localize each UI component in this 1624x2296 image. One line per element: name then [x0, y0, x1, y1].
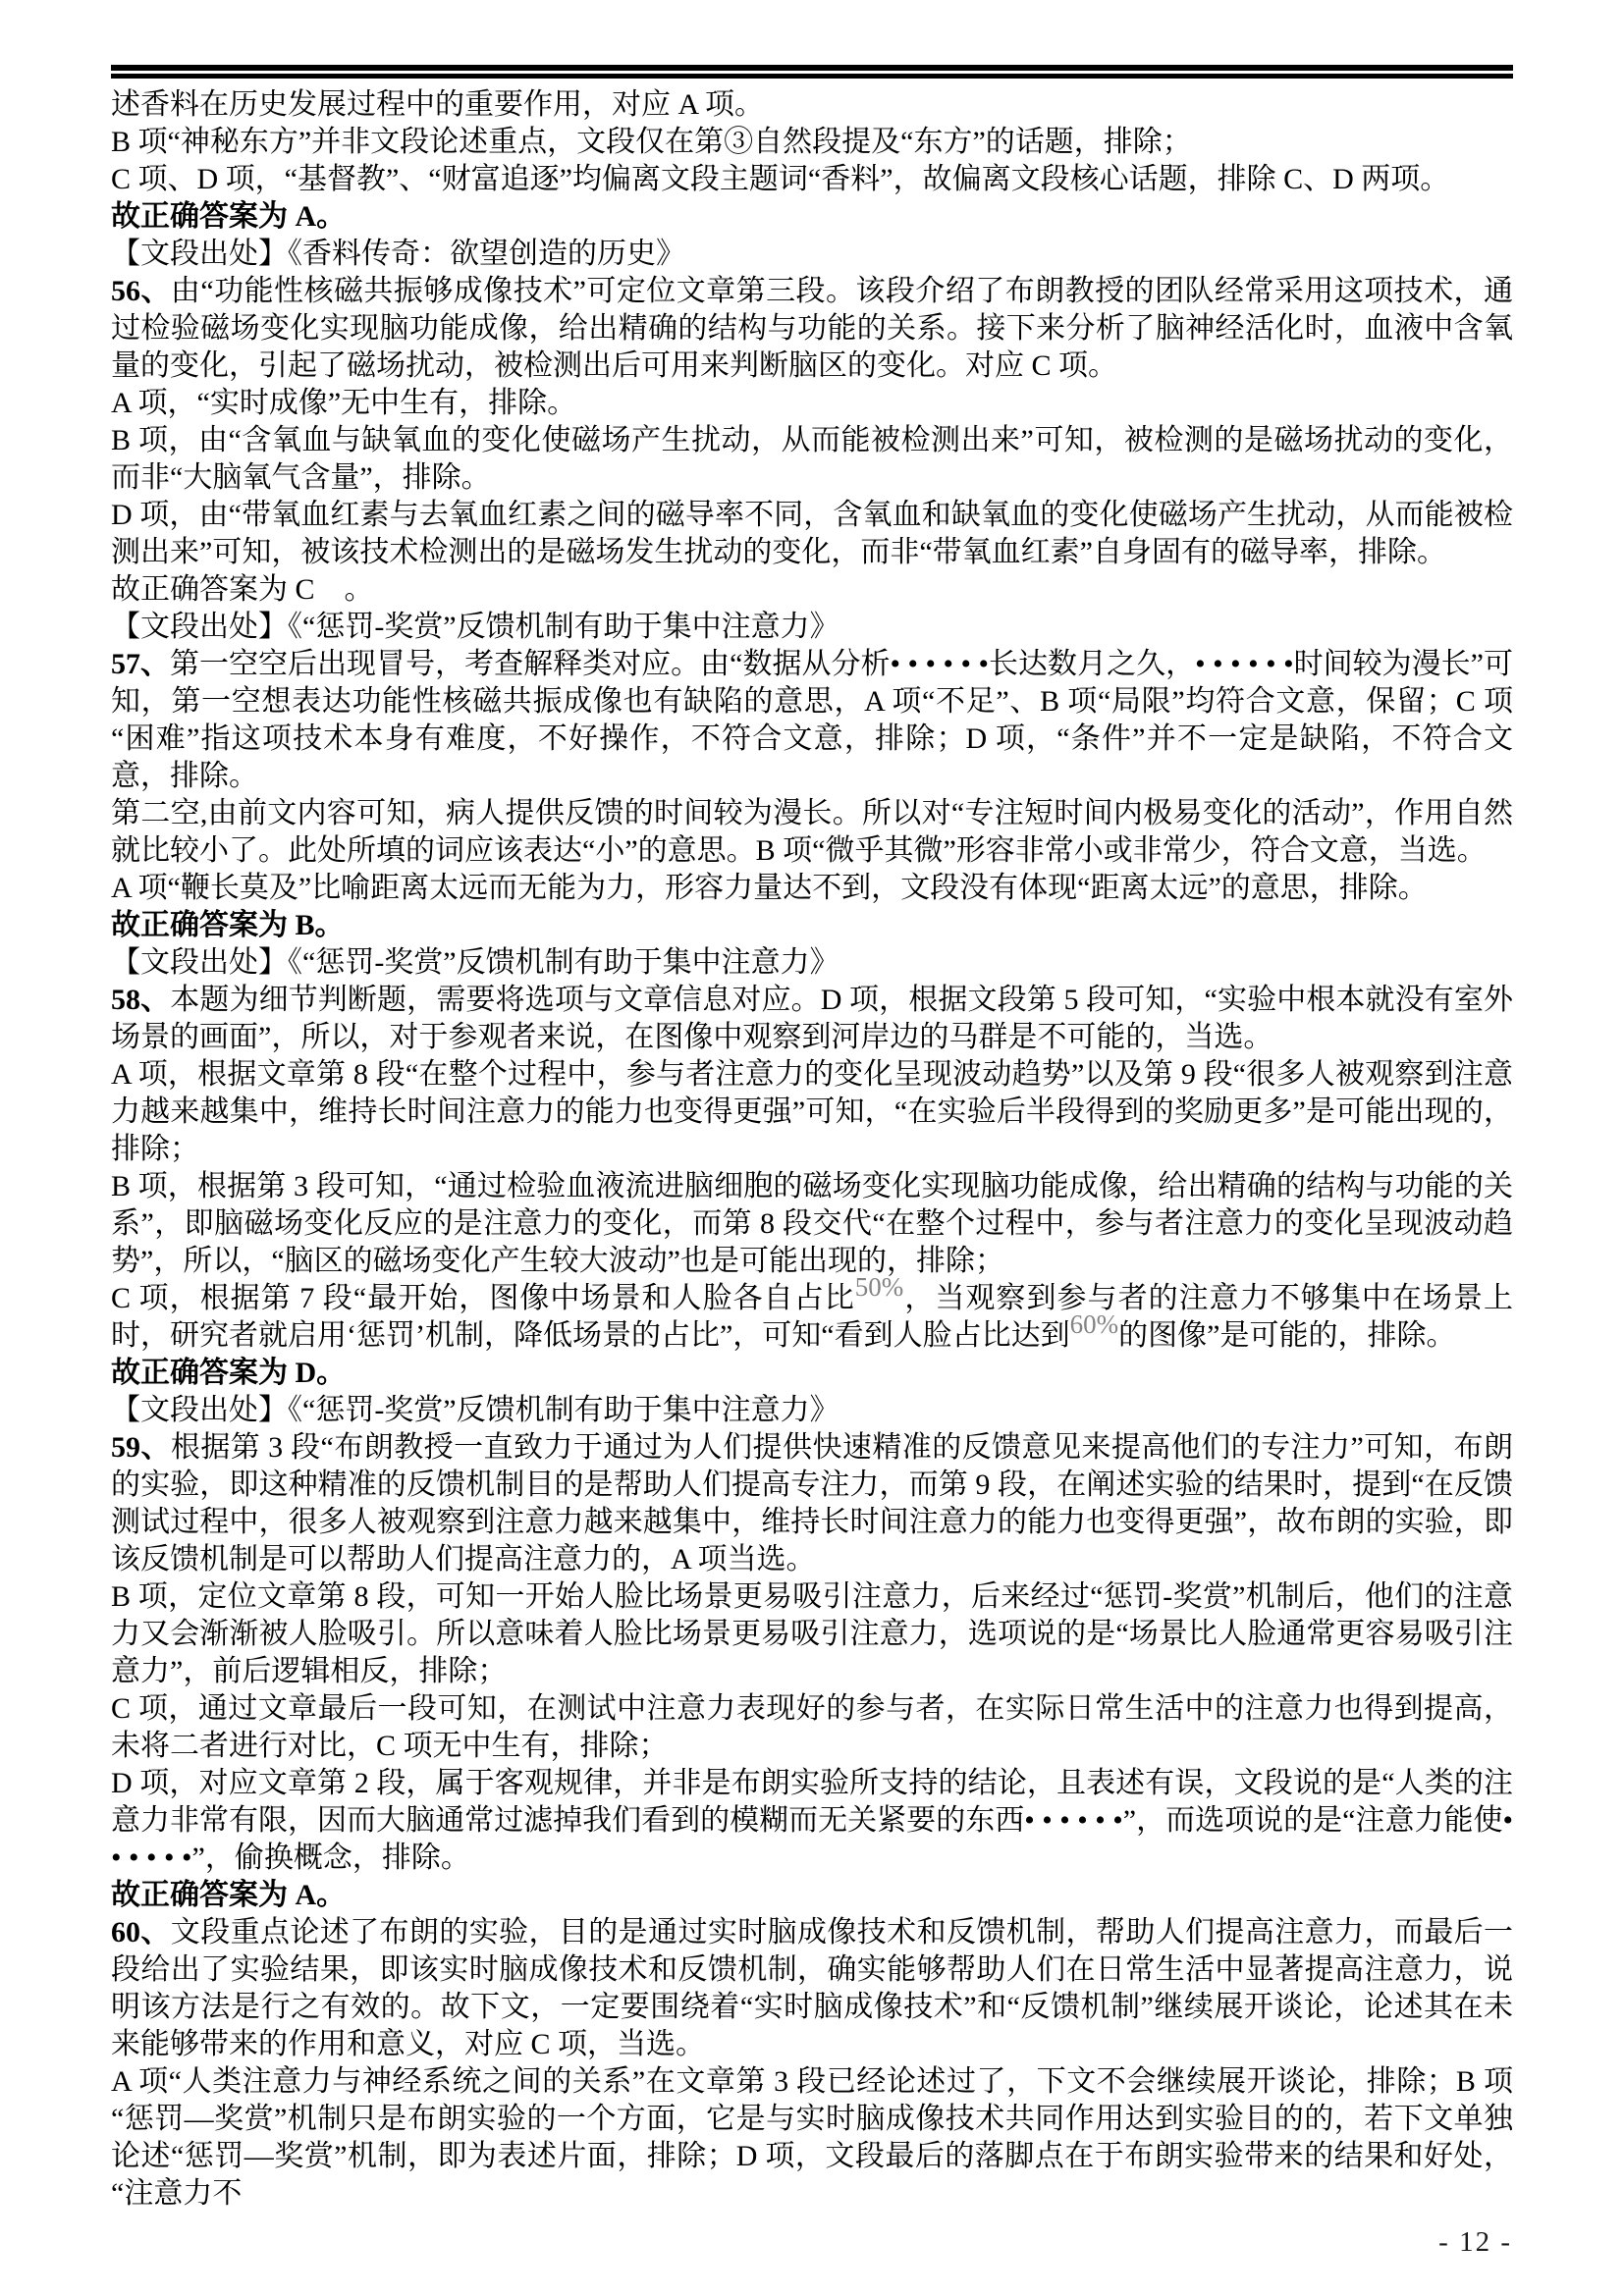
text-run: A 项“人类注意力与神经系统之间的关系”在文章第 3 段已经论述过了，下文不会继…: [111, 2065, 1513, 2210]
q57-first-blank-analysis: 57、第一空空后出现冒号，考查解释类对应。由“数据从分析• • • • • •长…: [111, 646, 1513, 795]
page-number: - 12 -: [1438, 2226, 1512, 2259]
text-run: 由“功能性核磁共振够成像技术”可定位文章第三段。该段介绍了布朗教授的团队经常采用…: [111, 275, 1513, 382]
text-run: 文段重点论述了布朗的实验，目的是通过实时脑成像技术和反馈机制，帮助人们提高注意力…: [111, 1916, 1513, 2060]
q59-answer-line: 故正确答案为 A。: [111, 1877, 1513, 1914]
text-run: 故正确答案为 C 。: [111, 573, 374, 606]
q55-answer-line: 故正确答案为 A。: [111, 198, 1513, 236]
header-double-rule: [111, 65, 1513, 79]
text-run: C 项，根据第 7 段“最开始，图像中场景和人脸各自占比: [111, 1282, 855, 1314]
q58-option-a-analysis: A 项，根据文章第 8 段“在整个过程中，参与者注意力的变化呈现波动趋势”以及第…: [111, 1056, 1513, 1168]
document-page: 述香料在历史发展过程中的重要作用，对应 A 项。B 项“神秘东方”并非文段论述重…: [0, 0, 1624, 2296]
q56-source-line: 【文段出处】《“惩罚-奖赏”反馈机制有助于集中注意力》: [111, 609, 1513, 646]
bold-text-run: 故正确答案为 D。: [111, 1357, 346, 1389]
text-run: 的图像”是可能的，排除。: [1118, 1319, 1455, 1352]
q55-option-a-continuation: 述香料在历史发展过程中的重要作用，对应 A 项。: [111, 86, 1513, 124]
text-run: A 项“鞭长莫及”比喻距离太远而无能为力，形容力量达不到，文段没有体现“距离太远…: [111, 872, 1428, 904]
q56-option-a-analysis: A 项，“实时成像”无中生有，排除。: [111, 385, 1513, 422]
bold-text-run: 57、: [111, 648, 170, 680]
text-run: B 项“神秘东方”并非文段论述重点，文段仅在第③自然段提及“东方”的话题，排除；: [111, 126, 1192, 158]
q55-source-line: 【文段出处】《香料传奇：欲望创造的历史》: [111, 236, 1513, 273]
text-run: C 项，通过文章最后一段可知，在测试中注意力表现好的参与者，在实际日常生活中的注…: [111, 1692, 1513, 1762]
q56-analysis: 56、由“功能性核磁共振够成像技术”可定位文章第三段。该段介绍了布朗教授的团队经…: [111, 273, 1513, 385]
text-run: 【文段出处】《“惩罚-奖赏”反馈机制有助于集中注意力》: [111, 611, 839, 643]
text-run: 【文段出处】《“惩罚-奖赏”反馈机制有助于集中注意力》: [111, 1394, 839, 1426]
percentage-superscript: 60%: [1070, 1309, 1119, 1339]
q57-source-line: 【文段出处】《“惩罚-奖赏”反馈机制有助于集中注意力》: [111, 944, 1513, 982]
text-run: B 项，由“含氧血与缺氧血的变化使磁场产生扰动，从而能被检测出来”可知，被检测的…: [111, 424, 1513, 494]
text-run: D 项，由“带氧血红素与去氧血红素之间的磁导率不同，含氧血和缺氧血的变化使磁场产…: [111, 499, 1513, 568]
q60-analysis: 60、文段重点论述了布朗的实验，目的是通过实时脑成像技术和反馈机制，帮助人们提高…: [111, 1914, 1513, 2063]
bold-text-run: 58、: [111, 984, 170, 1016]
q59-option-a-analysis: 59、根据第 3 段“布朗教授一直致力于通过为人们提供快速精准的反馈意见来提高他…: [111, 1429, 1513, 1578]
q57-second-blank-analysis: 第二空,由前文内容可知，病人提供反馈的时间较为漫长。所以对“专注短时间内极易变化…: [111, 795, 1513, 870]
q58-option-b-analysis: B 项，根据第 3 段可知，“通过检验血液流进脑细胞的磁场变化实现脑功能成像，给…: [111, 1168, 1513, 1280]
q59-option-b-analysis: B 项，定位文章第 8 段，可知一开始人脸比场景更易吸引注意力，后来经过“惩罚-…: [111, 1578, 1513, 1690]
bold-text-run: 故正确答案为 A。: [111, 1879, 346, 1911]
text-run: 第二空,由前文内容可知，病人提供反馈的时间较为漫长。所以对“专注短时间内极易变化…: [111, 797, 1513, 867]
q56-answer-line: 故正确答案为 C 。: [111, 571, 1513, 609]
q60-options-analysis: A 项“人类注意力与神经系统之间的关系”在文章第 3 段已经论述过了，下文不会继…: [111, 2063, 1513, 2213]
q59-option-d-analysis: D 项，对应文章第 2 段，属于客观规律，并非是布朗实验所支持的结论，且表述有误…: [111, 1765, 1513, 1877]
bold-text-run: 故正确答案为 A。: [111, 200, 346, 233]
text-run: B 项，根据第 3 段可知，“通过检验血液流进脑细胞的磁场变化实现脑功能成像，给…: [111, 1170, 1513, 1277]
text-run: 本题为细节判断题，需要将选项与文章信息对应。D 项，根据文段第 5 段可知，“实…: [111, 984, 1513, 1053]
text-run: A 项，根据文章第 8 段“在整个过程中，参与者注意力的变化呈现波动趋势”以及第…: [111, 1058, 1513, 1165]
q57-answer-line: 故正确答案为 B。: [111, 907, 1513, 944]
q58-answer-line: 故正确答案为 D。: [111, 1355, 1513, 1392]
text-run: 根据第 3 段“布朗教授一直致力于通过为人们提供快速精准的反馈意见来提高他们的专…: [111, 1431, 1513, 1575]
text-run: 【文段出处】《香料传奇：欲望创造的历史》: [111, 238, 685, 270]
q55-option-b-analysis: B 项“神秘东方”并非文段论述重点，文段仅在第③自然段提及“东方”的话题，排除；: [111, 124, 1513, 161]
q58-option-c-analysis: C 项，根据第 7 段“最开始，图像中场景和人脸各自占比50%，当观察到参与者的…: [111, 1280, 1513, 1355]
q56-option-b-analysis: B 项，由“含氧血与缺氧血的变化使磁场产生扰动，从而能被检测出来”可知，被检测的…: [111, 422, 1513, 497]
q57-option-a-analysis: A 项“鞭长莫及”比喻距离太远而无能为力，形容力量达不到，文段没有体现“距离太远…: [111, 870, 1513, 907]
q58-source-line: 【文段出处】《“惩罚-奖赏”反馈机制有助于集中注意力》: [111, 1392, 1513, 1429]
q58-option-d-analysis: 58、本题为细节判断题，需要将选项与文章信息对应。D 项，根据文段第 5 段可知…: [111, 982, 1513, 1056]
q59-option-c-analysis: C 项，通过文章最后一段可知，在测试中注意力表现好的参与者，在实际日常生活中的注…: [111, 1690, 1513, 1765]
text-run: 第一空空后出现冒号，考查解释类对应。由“数据从分析• • • • • •长达数月…: [111, 648, 1513, 792]
bold-text-run: 故正确答案为 B。: [111, 909, 345, 941]
q55-option-cd-analysis: C 项、D 项，“基督教”、“财富追逐”均偏离文段主题词“香料”，故偏离文段核心…: [111, 161, 1513, 198]
text-run: 【文段出处】《“惩罚-奖赏”反馈机制有助于集中注意力》: [111, 946, 839, 979]
text-run: D 项，对应文章第 2 段，属于客观规律，并非是布朗实验所支持的结论，且表述有误…: [111, 1767, 1513, 1874]
text-run: B 项，定位文章第 8 段，可知一开始人脸比场景更易吸引注意力，后来经过“惩罚-…: [111, 1580, 1513, 1687]
q56-option-d-analysis: D 项，由“带氧血红素与去氧血红素之间的磁导率不同，含氧血和缺氧血的变化使磁场产…: [111, 497, 1513, 571]
text-run: C 项、D 项，“基督教”、“财富追逐”均偏离文段主题词“香料”，故偏离文段核心…: [111, 163, 1449, 195]
bold-text-run: 60、: [111, 1916, 171, 1949]
percentage-superscript: 50%: [855, 1272, 904, 1302]
text-run: 述香料在历史发展过程中的重要作用，对应 A 项。: [111, 88, 764, 121]
text-run: A 项，“实时成像”无中生有，排除。: [111, 387, 576, 419]
bold-text-run: 56、: [111, 275, 171, 307]
answer-explanations: 述香料在历史发展过程中的重要作用，对应 A 项。B 项“神秘东方”并非文段论述重…: [111, 86, 1513, 2213]
bold-text-run: 59、: [111, 1431, 171, 1464]
